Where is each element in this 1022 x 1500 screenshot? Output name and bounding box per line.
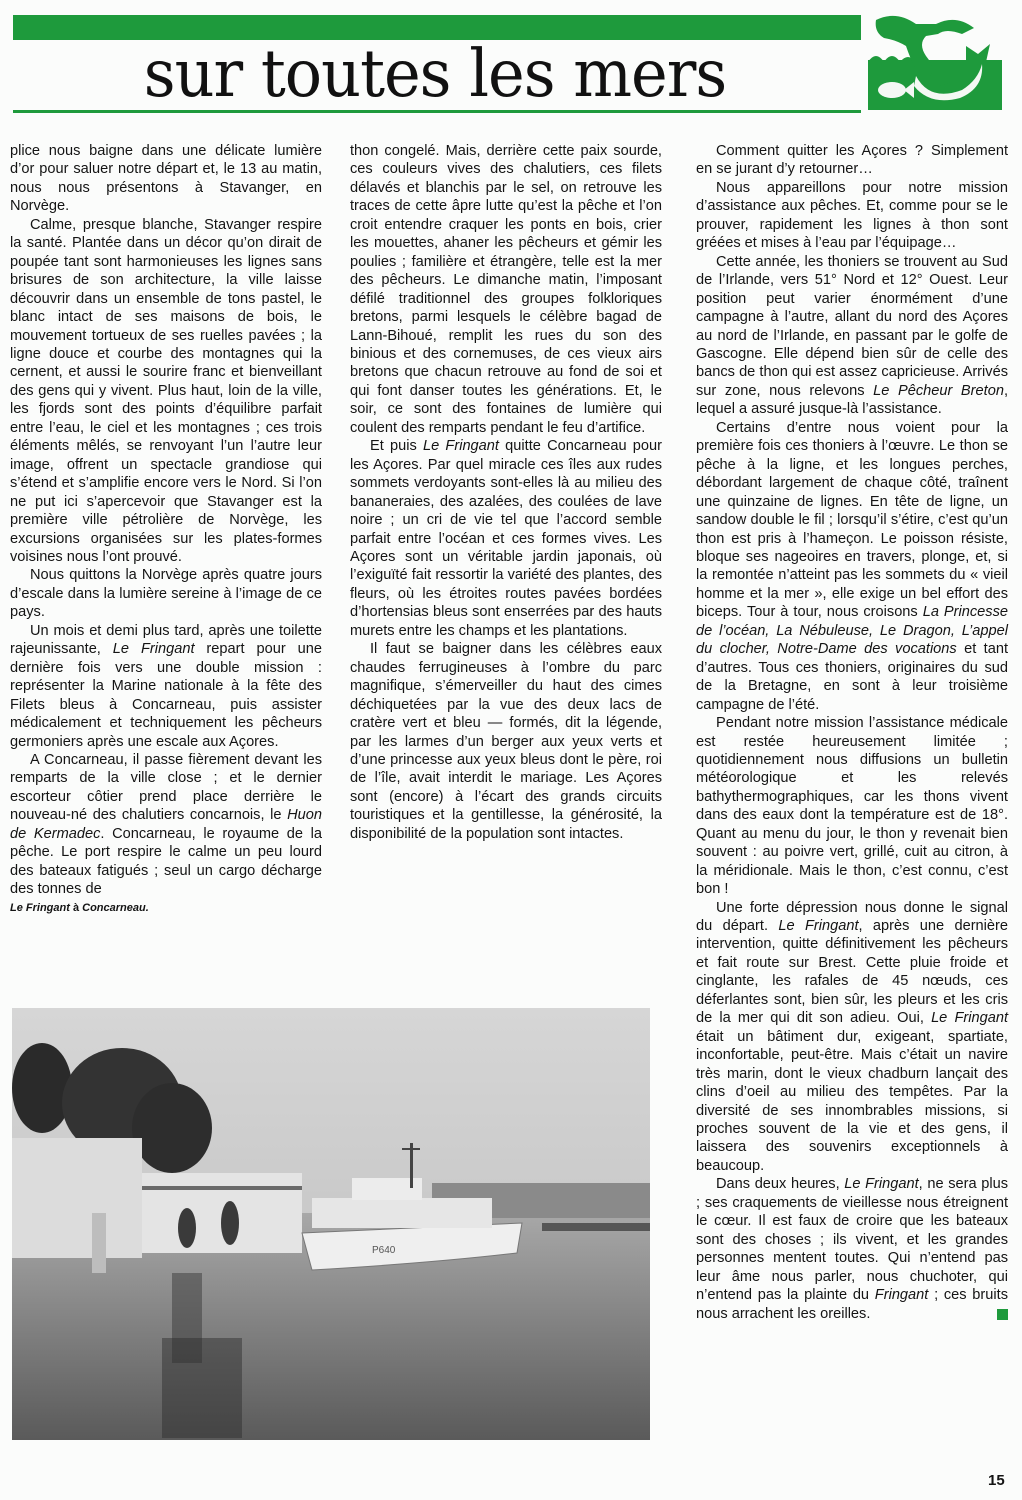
text-run: Et puis bbox=[370, 438, 423, 454]
paragraph: Une forte dépression nous donne le signa… bbox=[696, 899, 1008, 1176]
paragraph: Dans deux heures, Le Fringant, ne sera p… bbox=[696, 1175, 1008, 1323]
paragraph: Il faut se baigner dans les célèbres eau… bbox=[350, 640, 662, 843]
sea-dragon-logo-icon bbox=[866, 10, 1006, 112]
text-run: Cette année, les thoniers se trouvent au… bbox=[696, 254, 1008, 399]
article-column-1: plice nous baigne dans une délicate lumi… bbox=[10, 142, 322, 917]
article-column-2: thon congelé. Mais, derrière cette paix … bbox=[350, 142, 662, 843]
title-underline bbox=[13, 110, 861, 113]
text-run: Dans deux heures, bbox=[716, 1176, 844, 1192]
caption-place: Concarneau. bbox=[82, 902, 149, 914]
ship-name: Le Pêcheur Breton bbox=[873, 383, 1004, 399]
caption-ship: Le Fringant bbox=[10, 902, 70, 914]
page-number: 15 bbox=[988, 1472, 1005, 1489]
photo-le-fringant-concarneau: P640 bbox=[12, 1008, 650, 1440]
paragraph: thon congelé. Mais, derrière cette paix … bbox=[350, 142, 662, 437]
ship-name: Fringant bbox=[875, 1287, 929, 1303]
ship-name: Le Fringant bbox=[423, 438, 499, 454]
paragraph: Certains d’entre nous voient pour la pre… bbox=[696, 419, 1008, 714]
text-run: A Concarneau, il passe fièrement devant … bbox=[10, 752, 322, 823]
ship-name: Le Fringant bbox=[113, 641, 195, 657]
ship-name: Le Fringant bbox=[931, 1010, 1008, 1026]
text-run: était un bâtiment dur, exigeant, spartia… bbox=[696, 1029, 1008, 1174]
ship-name: Le Fringant bbox=[778, 918, 858, 934]
text-run: repart pour une dernière fois vers une d… bbox=[10, 641, 322, 749]
paragraph: Pendant notre mission l’assistance médic… bbox=[696, 714, 1008, 899]
paragraph: Calme, presque blanche, Stavanger respir… bbox=[10, 216, 322, 567]
paragraph: Nous appareillons pour notre mission d’a… bbox=[696, 179, 1008, 253]
photo-caption: Le Fringant à Concarneau. bbox=[10, 899, 322, 917]
paragraph: plice nous baigne dans une délicate lumi… bbox=[10, 142, 322, 216]
paragraph: Cette année, les thoniers se trouvent au… bbox=[696, 253, 1008, 419]
page-title: sur toutes les mers bbox=[0, 32, 870, 116]
paragraph: A Concarneau, il passe fièrement devant … bbox=[10, 751, 322, 899]
paragraph: Et puis Le Fringant quitte Concarneau po… bbox=[350, 437, 662, 640]
paragraph: Nous quittons la Norvège après quatre jo… bbox=[10, 566, 322, 621]
text-run: Certains d’entre nous voient pour la pre… bbox=[696, 420, 1008, 621]
caption-text: à bbox=[70, 902, 82, 914]
paragraph: Un mois et demi plus tard, après une toi… bbox=[10, 622, 322, 751]
article-column-3: Comment quitter les Açores ? Simplement … bbox=[696, 142, 1008, 1323]
end-of-article-mark bbox=[997, 1309, 1008, 1320]
text-run: , ne sera plus ; ses craquements de viei… bbox=[696, 1176, 1008, 1303]
ship-name: Le Fringant bbox=[844, 1176, 918, 1192]
text-run: quitte Concarneau pour les Açores. Par q… bbox=[350, 438, 662, 639]
hull-number: P640 bbox=[372, 1245, 396, 1256]
paragraph: Comment quitter les Açores ? Simplement … bbox=[696, 142, 1008, 179]
